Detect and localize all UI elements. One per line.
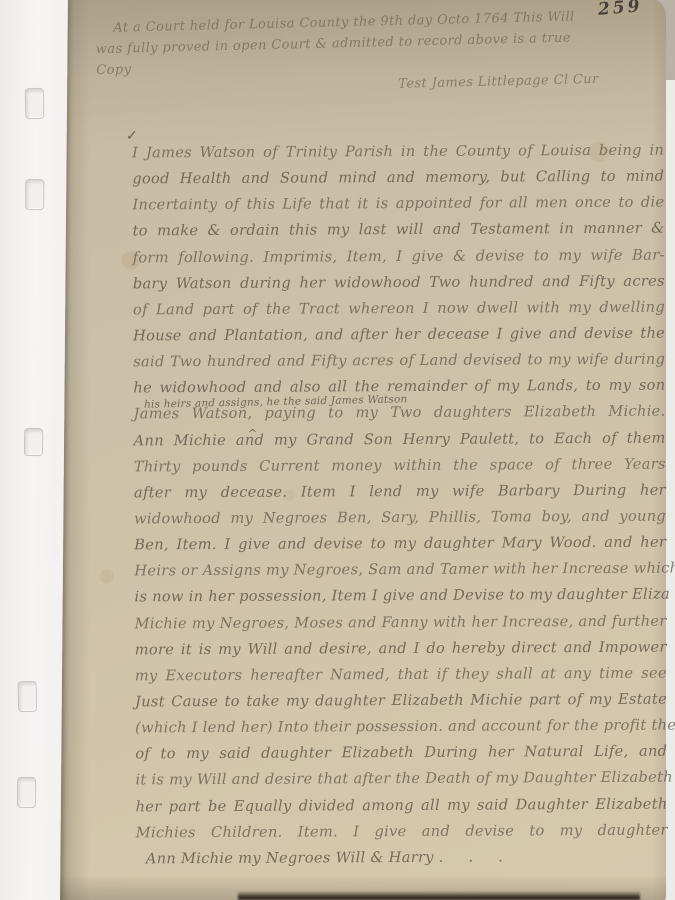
manuscript-line: Heirs or Assigns my Negroes, Sam and Tam…: [134, 556, 666, 585]
manuscript-line: good Health and Sound mind and memory, b…: [132, 164, 664, 193]
manuscript-line: Ben, Item. I give and devise to my daugh…: [134, 530, 666, 559]
manuscript-line: Michie my Negroes, Moses and Fanny with …: [135, 608, 667, 637]
manuscript-line: widowhood my Negroes Ben, Sary, Phillis,…: [134, 504, 666, 533]
manuscript-line: after my decease. Item I lend my wife Ba…: [134, 477, 666, 506]
manuscript-line: my Executors hereafter Named, that if th…: [135, 660, 667, 689]
manuscript-line: Michies Children. Item. I give and devis…: [136, 817, 668, 846]
manuscript-line: of Land part of the Tract whereon I now …: [133, 294, 665, 323]
manuscript-line: is now in her possession, Item I give an…: [134, 582, 666, 611]
punch-hole: [24, 428, 43, 456]
manuscript-line: Ann Michie my Negroes Will & Harry . . .: [136, 843, 668, 872]
manuscript-line: form following. Imprimis, Item, I give &…: [133, 242, 665, 271]
manuscript-line: bary Watson during her widowhood Two hun…: [133, 268, 665, 297]
will-body-text: I James Watson of Trinity Parish in the …: [132, 138, 668, 873]
punch-hole: [25, 88, 45, 119]
punch-hole: [18, 681, 38, 712]
manuscript-line: I James Watson of Trinity Parish in the …: [132, 138, 664, 167]
page-number: 259: [597, 0, 643, 20]
manuscript-line: to make & ordain this my last will and T…: [132, 216, 664, 245]
table-edge-shadow: [238, 891, 640, 900]
binder-strip: [0, 0, 68, 900]
manuscript-line: (which I lend her) Into their possession…: [135, 713, 667, 742]
manuscript-line: Ann Michie and my Grand Son Henry Paulet…: [134, 425, 666, 454]
manuscript-line: Just Cause to take my daughter Elizabeth…: [135, 687, 667, 716]
manuscript-line: Incertainty of this Life that it is appo…: [132, 190, 664, 219]
manuscript-line: it is my Will and desire that after the …: [135, 765, 667, 794]
archival-photo: At a Court held for Louisa County the 9t…: [0, 0, 675, 900]
punch-hole: [25, 179, 44, 210]
insertion-caret: ^: [248, 427, 257, 440]
manuscript-line: House and Plantation, and after her dece…: [133, 321, 665, 350]
manuscript-line: said Two hundred and Fifty acres of Land…: [133, 347, 665, 376]
manuscript-line: Thirty pounds Current money within the s…: [134, 451, 666, 480]
manuscript-line: her part be Equally divided among all my…: [136, 791, 668, 820]
punch-hole: [17, 777, 36, 808]
manuscript-line: of to my said daughter Elizabeth During …: [135, 739, 667, 768]
manuscript-line: more it is my Will and desire, and I do …: [135, 634, 667, 663]
manuscript-page: At a Court held for Louisa County the 9t…: [58, 0, 666, 900]
court-probate-note: At a Court held for Louisa County the 9t…: [95, 6, 603, 102]
